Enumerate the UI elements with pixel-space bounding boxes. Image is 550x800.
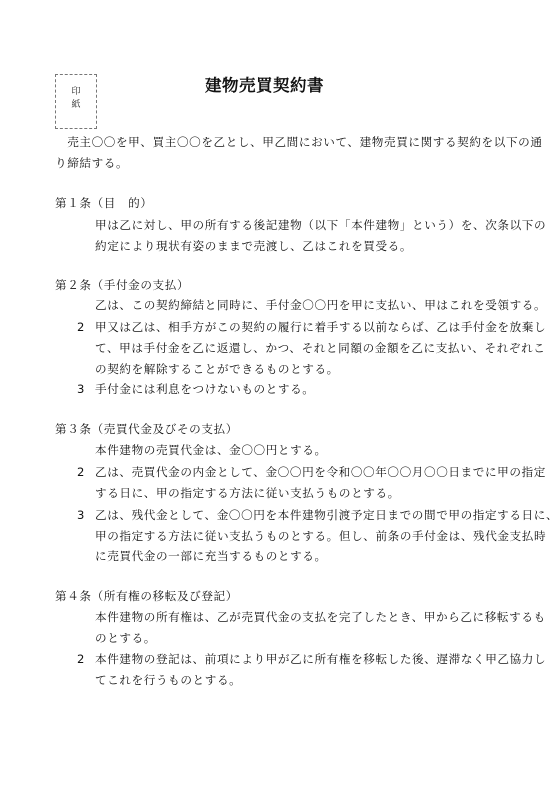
article-heading: 第１条（目 的） bbox=[55, 196, 153, 210]
article-text-line: 甲は乙に対し、甲の所有する後記建物（以下「本件建物」という）を、次条以下の bbox=[95, 218, 546, 232]
clause-number: 3 bbox=[77, 508, 84, 522]
article-text-line: 甲の指定する方法に従い支払うものとする。但し、前条の手付金は、残代金支払時 bbox=[95, 529, 546, 543]
document-page: 印 紙 建物売買契約書 売主〇〇を甲、買主〇〇を乙とし、甲乙間において、建物売買… bbox=[0, 0, 550, 800]
clause-number: 3 bbox=[77, 382, 84, 396]
article-text-line: する日に、甲の指定する方法に従い支払うものとする。 bbox=[95, 486, 400, 500]
article-text-line: 手付金には利息をつけないものとする。 bbox=[95, 382, 315, 396]
document-title: 建物売買契約書 bbox=[205, 72, 340, 96]
article-text-line: のとする。 bbox=[95, 631, 156, 645]
article-text-line: てこれを行うものとする。 bbox=[95, 673, 241, 687]
article-text-line: 甲又は乙は、相手方がこの契約の履行に着手する以前ならば、乙は手付金を放棄し bbox=[95, 320, 546, 334]
clause-number: 2 bbox=[77, 465, 84, 479]
article-text-line: 本件建物の売買代金は、金〇〇円とする。 bbox=[95, 443, 327, 457]
article-text-line: に売買代金の一部に充当するものとする。 bbox=[95, 549, 327, 563]
article-text-line: 本件建物の登記は、前項により甲が乙に所有権を移転した後、遅滞なく甲乙協力し bbox=[95, 652, 546, 666]
article-text-line: て、甲は手付金を乙に返還し、かつ、それと同額の金額を乙に支払い、それぞれこ bbox=[95, 341, 545, 355]
intro-line: 売主〇〇を甲、買主〇〇を乙とし、甲乙間において、建物売買に関する契約を以下の通 bbox=[55, 135, 543, 149]
article-text-line: 乙は、売買代金の内金として、金〇〇円を令和〇〇年〇〇月〇〇日までに甲の指定 bbox=[95, 465, 546, 479]
article-text-line: 乙は、残代金として、金〇〇円を本件建物引渡予定日までの間で甲の指定する日に、 bbox=[95, 508, 550, 522]
revenue-stamp-box: 印 紙 bbox=[55, 74, 97, 129]
stamp-label: 印 紙 bbox=[56, 84, 96, 110]
article-heading: 第２条（手付金の支払） bbox=[55, 278, 189, 292]
clause-number: 2 bbox=[77, 652, 84, 666]
article-text-line: の契約を解除することができるものとする。 bbox=[95, 362, 339, 376]
intro-line: り締結する。 bbox=[55, 156, 128, 170]
article-text-line: 約定により現状有姿のままで売渡し、乙はこれを買受る。 bbox=[95, 239, 412, 253]
article-heading: 第４条（所有権の移転及び登記） bbox=[55, 589, 238, 603]
article-heading: 第３条（売買代金及びその支払） bbox=[55, 422, 238, 436]
article-text-line: 乙は、この契約締結と同時に、手付金〇〇円を甲に支払い、甲はこれを受領する。 bbox=[95, 298, 546, 312]
clause-number: 2 bbox=[77, 320, 84, 334]
article-text-line: 本件建物の所有権は、乙が売買代金の支払を完了したとき、甲から乙に移転するも bbox=[95, 610, 546, 624]
